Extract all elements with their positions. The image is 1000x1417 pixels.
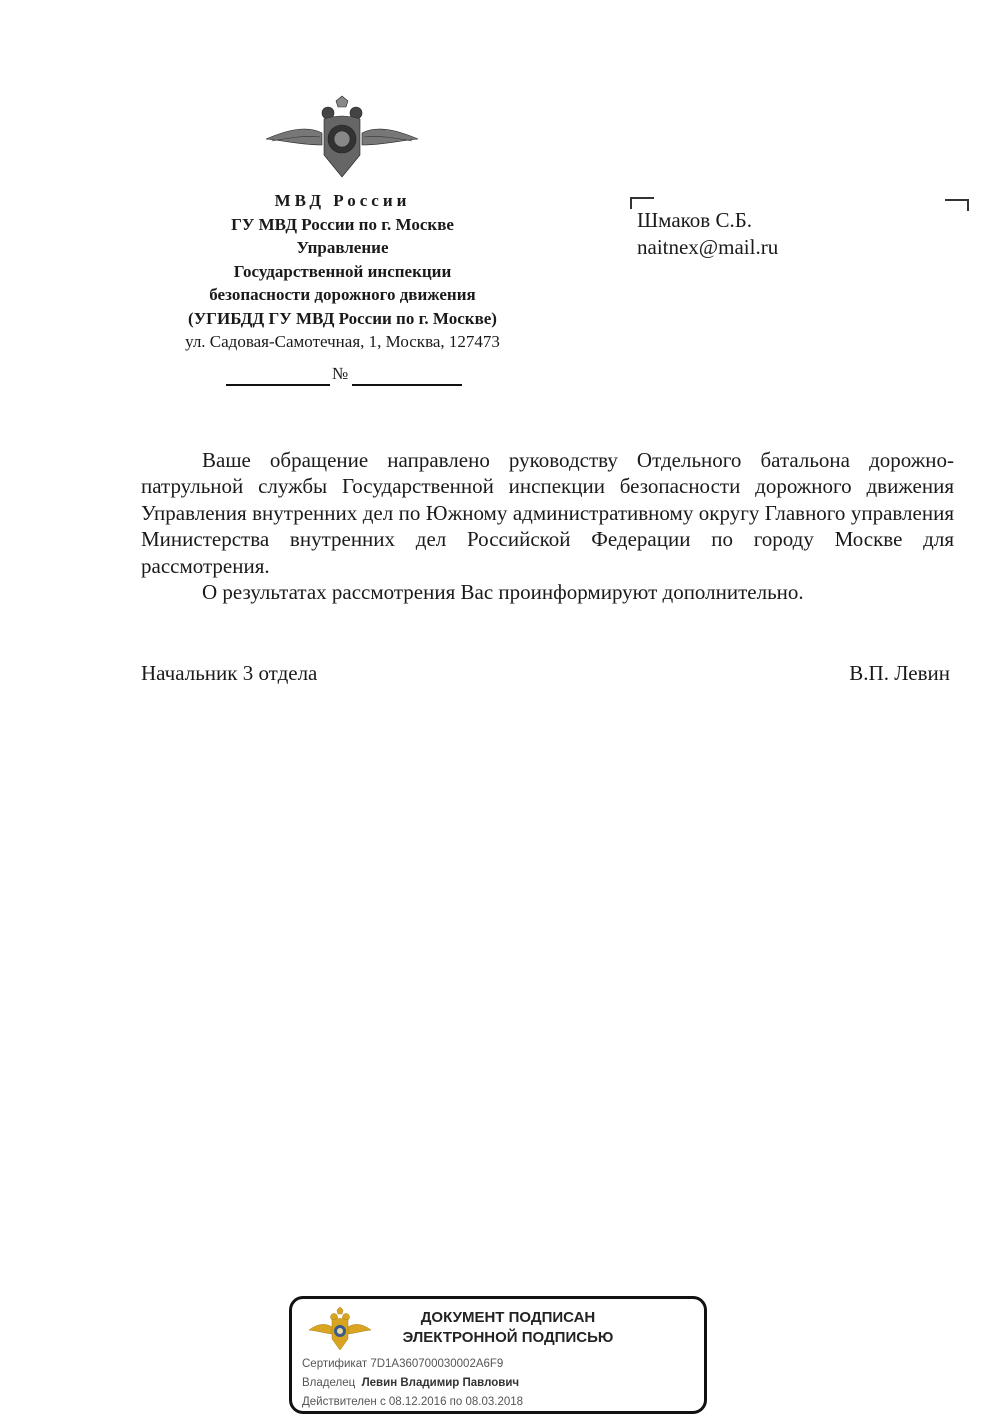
org-line-traffic-safety: безопасности дорожного движения <box>140 283 545 307</box>
signatory-name: В.П. Левин <box>849 661 950 686</box>
letter-body: Ваше обращение направлено руководству От… <box>141 447 954 605</box>
number-sign: № <box>332 364 348 384</box>
owner-row: Владелец Левин Владимир Павлович <box>302 1374 523 1393</box>
recipient-email: naitnex@mail.ru <box>637 234 778 261</box>
recipient-corner-right <box>945 199 969 211</box>
electronic-signature-stamp: ДОКУМЕНТ ПОДПИСАН ЭЛЕКТРОННОЙ ПОДПИСЬЮ С… <box>289 1296 707 1414</box>
recipient-name: Шмаков С.Б. <box>637 207 778 234</box>
validity-row: Действителен с 08.12.2016 по 08.03.2018 <box>302 1393 523 1412</box>
org-line-abbreviation: (УГИБДД ГУ МВД России по г. Москве) <box>140 307 545 331</box>
stamp-info: Сертификат 7D1A360700030002A6F9 Владелец… <box>302 1355 523 1412</box>
org-address: ул. Садовая-Самотечная, 1, Москва, 12747… <box>140 330 545 354</box>
number-blank <box>352 384 462 386</box>
document-number-line: № <box>226 364 466 388</box>
body-paragraph: О результатах рассмотрения Вас проинформ… <box>141 579 954 605</box>
org-line-inspection: Государственной инспекции <box>140 260 545 284</box>
mvd-gold-emblem-icon <box>308 1307 372 1351</box>
org-line-ministry: МВД России <box>140 189 545 213</box>
owner-label: Владелец <box>302 1377 355 1389</box>
certificate-label: Сертификат <box>302 1358 367 1370</box>
mvd-emblem-icon <box>262 95 422 180</box>
owner-value: Левин Владимир Павлович <box>362 1377 520 1389</box>
signature-row: Начальник 3 отдела В.П. Левин <box>141 661 950 686</box>
stamp-title-line1: ДОКУМЕНТ ПОДПИСАН <box>388 1308 628 1328</box>
org-line-directorate: Управление <box>140 236 545 260</box>
recipient-block: Шмаков С.Б. naitnex@mail.ru <box>637 207 778 261</box>
body-paragraph: Ваше обращение направлено руководству От… <box>141 447 954 579</box>
certificate-value: 7D1A360700030002A6F9 <box>370 1358 503 1370</box>
stamp-title-line2: ЭЛЕКТРОННОЙ ПОДПИСЬЮ <box>388 1328 628 1348</box>
stamp-title: ДОКУМЕНТ ПОДПИСАН ЭЛЕКТРОННОЙ ПОДПИСЬЮ <box>388 1308 628 1348</box>
certificate-row: Сертификат 7D1A360700030002A6F9 <box>302 1355 523 1374</box>
date-blank <box>226 384 330 386</box>
org-line-gu: ГУ МВД России по г. Москве <box>140 213 545 237</box>
letterhead-organization: МВД России ГУ МВД России по г. Москве Уп… <box>140 189 545 354</box>
signatory-position: Начальник 3 отдела <box>141 661 317 686</box>
